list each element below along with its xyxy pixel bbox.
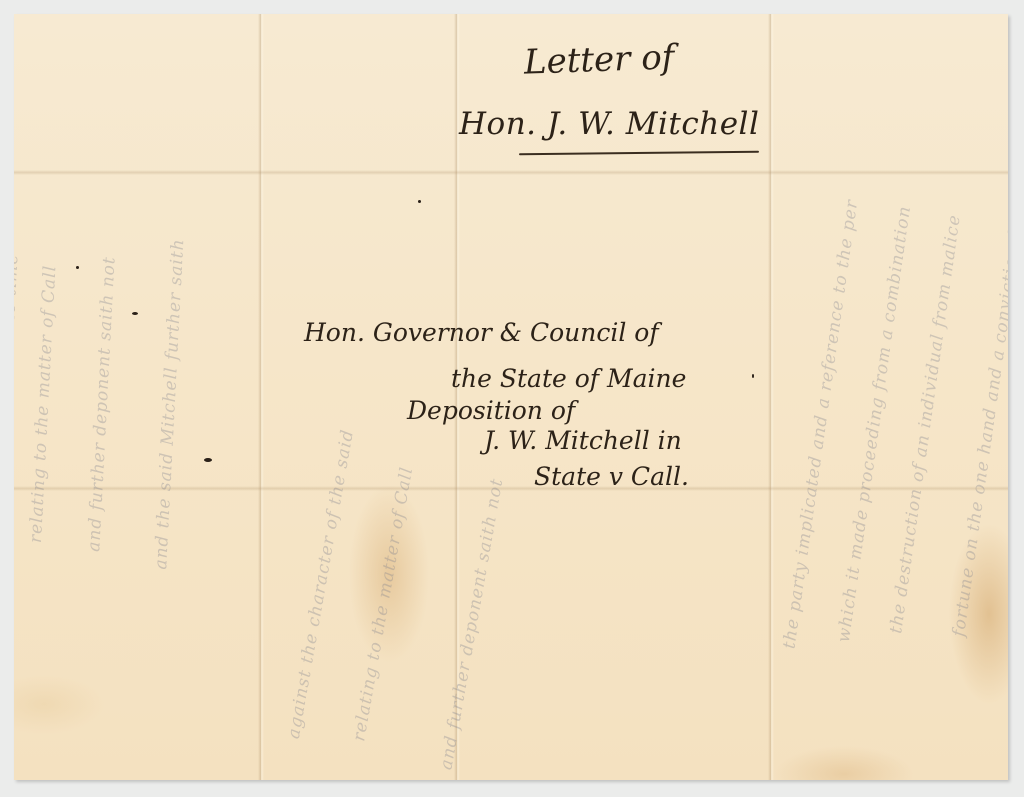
bleed-through-text: the destruction of an individual from ma… <box>886 213 965 635</box>
address-line-recipient: Hon. Governor & Council of <box>304 318 659 347</box>
horizontal-fold-crease <box>14 486 1008 491</box>
bleed-through-text: that he was present at the time <box>14 253 23 555</box>
bleed-through-text: which it made proceeding from a combinat… <box>834 204 915 643</box>
address-line-case: State v Call. <box>534 462 689 491</box>
docket-title: Letter of <box>523 37 675 82</box>
bleed-through-text: against the character of the said <box>284 428 358 741</box>
ink-speck <box>132 312 138 315</box>
letter-paper: and the said Mitchell further saith that… <box>14 14 1008 780</box>
address-line-deposition: Deposition of <box>407 396 575 425</box>
bleed-through-text: fortune on the one hand and a conviction… <box>949 210 1008 638</box>
bleed-through-text: relating to the matter of Call <box>26 264 61 543</box>
bleed-through-text: the party implicated and a reference to … <box>779 198 862 650</box>
bleed-through-text: and the said Mitchell further saith <box>151 238 188 570</box>
bleed-through-text: and further deponent saith not <box>84 256 119 553</box>
ink-speck <box>418 200 421 203</box>
vertical-fold-crease <box>258 14 264 780</box>
ink-speck <box>204 458 212 462</box>
bleed-through-text: and further deponent saith not <box>436 477 507 772</box>
docket-name: Hon. J. W. Mitchell <box>459 106 759 142</box>
address-line-state: the State of Maine <box>451 364 686 393</box>
docket-underline <box>519 151 759 156</box>
horizontal-fold-crease <box>14 170 1008 175</box>
ink-speck <box>76 266 79 269</box>
vertical-fold-crease <box>768 14 774 780</box>
bleed-through-text: relating to the matter of Call <box>349 465 417 743</box>
address-line-deponent: J. W. Mitchell in <box>484 426 682 455</box>
ink-speck <box>752 374 754 378</box>
